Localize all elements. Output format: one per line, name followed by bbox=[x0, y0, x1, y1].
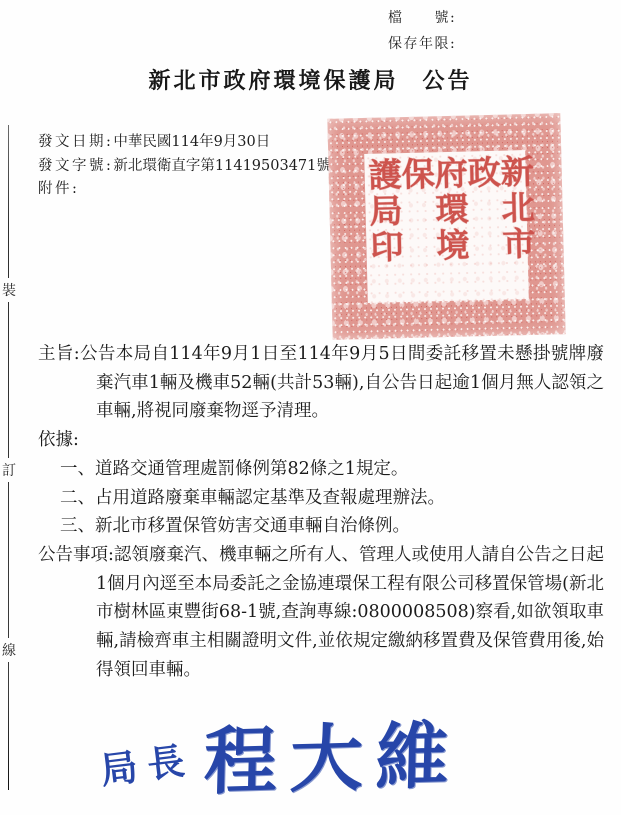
subject-paragraph: 主旨:公告本局自114年9月1日至114年9月5日間委託移置未懸掛號牌廢棄汽車1… bbox=[38, 340, 604, 426]
subject-text: 公告本局自114年9月1日至114年9月5日間委託移置未懸掛號牌廢棄汽車1輛及機… bbox=[80, 344, 604, 421]
subject-label: 主旨: bbox=[38, 344, 80, 364]
doc-number-value: 新北環衛直字第11419503471號 bbox=[113, 158, 330, 174]
binding-mark-ding: 訂 bbox=[1, 458, 17, 482]
doc-number-row: 發文字號:新北環衛直字第11419503471號 bbox=[38, 155, 331, 179]
matters-text: 認領廢棄汽、機車輛之所有人、管理人或使用人請自公告之日起1個月內逕至本局委託之金… bbox=[96, 545, 604, 680]
file-number-block: 檔 號: 保存年限: bbox=[388, 5, 456, 57]
binding-mark-zhuang: 裝 bbox=[1, 278, 17, 302]
issue-date-value: 中華民國114年9月30日 bbox=[113, 134, 270, 150]
announcement-body: 主旨:公告本局自114年9月1日至114年9月5日間委託移置未懸掛號牌廢棄汽車1… bbox=[38, 340, 604, 684]
official-seal-stamp: 新北市政 府環境保 護局印 bbox=[327, 113, 565, 340]
retention-period-label: 保存年限: bbox=[388, 31, 456, 57]
binding-mark-xian: 線 bbox=[1, 638, 17, 662]
document-title: 新北市政府環境保護局公告 bbox=[0, 64, 621, 95]
seal-inner-face: 新北市政 府環境保 護局印 bbox=[364, 150, 529, 303]
issue-date-row: 發文日期:中華民國114年9月30日 bbox=[38, 131, 331, 155]
doc-number-label: 發文字號: bbox=[38, 158, 113, 174]
matters-paragraph: 公告事項:認領廢棄汽、機車輛之所有人、管理人或使用人請自公告之日起1個月內逕至本… bbox=[38, 541, 604, 685]
basis-item: 二、占用道路廢棄車輛認定基準及查報處理辦法。 bbox=[60, 484, 604, 513]
issue-date-label: 發文日期: bbox=[38, 134, 113, 150]
basis-item: 三、新北市移置保管妨害交通車輛自治條例。 bbox=[60, 512, 604, 541]
seal-text-column: 新北市政 bbox=[465, 154, 534, 297]
issue-meta-block: 發文日期:中華民國114年9月30日 發文字號:新北環衛直字第114195034… bbox=[38, 131, 331, 202]
basis-label: 依據: bbox=[38, 426, 604, 455]
document-type: 公告 bbox=[423, 68, 473, 94]
agency-name: 新北市政府環境保護局 bbox=[148, 68, 398, 94]
basis-item: 一、道路交通管理處罰條例第82條之1規定。 bbox=[60, 455, 604, 484]
attachment-label: 附件: bbox=[38, 181, 79, 197]
director-name: 程大維 bbox=[203, 697, 464, 809]
director-title: 局長 bbox=[97, 729, 197, 794]
matters-label: 公告事項: bbox=[38, 545, 114, 565]
file-number-label: 檔 號: bbox=[388, 5, 456, 31]
attachment-row: 附件: bbox=[38, 178, 331, 202]
announcement-document: 檔 號: 保存年限: 新北市政府環境保護局公告 發文日期:中華民國114年9月3… bbox=[0, 0, 621, 815]
director-signature: 局長 程大維 bbox=[100, 700, 462, 805]
seal-text-column: 府環境保 bbox=[399, 156, 468, 299]
